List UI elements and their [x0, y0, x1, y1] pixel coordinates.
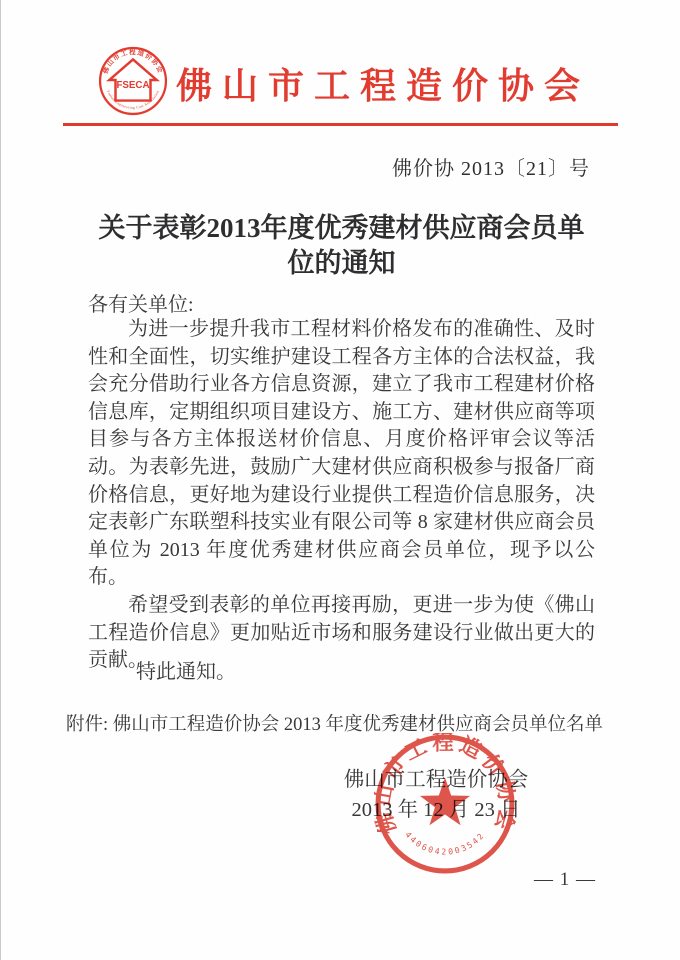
seal-serial-number: 4406042003542 — [403, 830, 487, 857]
svg-text:佛山市工程造价协会: 佛山市工程造价协会 — [100, 47, 166, 76]
page-number: — 1 — — [534, 869, 596, 891]
signature-block: 佛山市工程造价协会 2013 年 12 月 23 日 — [330, 765, 542, 825]
signature-date: 2013 年 12 月 23 日 — [330, 795, 542, 825]
body-text: 为进一步提升我市工程材料价格发布的准确性、及时性和全面性，切实维护建设工程各方主… — [88, 316, 595, 675]
paragraph-1: 为进一步提升我市工程材料价格发布的准确性、及时性和全面性，切实维护建设工程各方主… — [88, 316, 595, 592]
document-page: 佛山市工程造价协会 Foshan Engineering Cost Associ… — [0, 0, 680, 960]
letterhead-divider — [63, 123, 618, 126]
closing-note: 特此通知。 — [88, 655, 236, 684]
svg-text:4406042003542: 4406042003542 — [403, 830, 487, 857]
logo-ring-text-cn: 佛山市工程造价协会 — [100, 47, 166, 76]
doc-number: 佛价协 2013〔21〕号 — [392, 152, 590, 181]
doc-title: 关于表彰2013年度优秀建材供应商会员单位的通知 — [88, 211, 595, 281]
org-name-title: 佛山市工程造价协会 — [176, 58, 590, 109]
logo-acronym: FSECA — [116, 80, 149, 91]
signature-org: 佛山市工程造价协会 — [330, 765, 542, 795]
attachment-note: 附件: 佛山市工程造价协会 2013 年度优秀建材供应商会员单位名单 — [66, 710, 603, 736]
salutation: 各有关单位: — [88, 288, 194, 317]
association-logo-icon: 佛山市工程造价协会 Foshan Engineering Cost Associ… — [98, 46, 168, 116]
